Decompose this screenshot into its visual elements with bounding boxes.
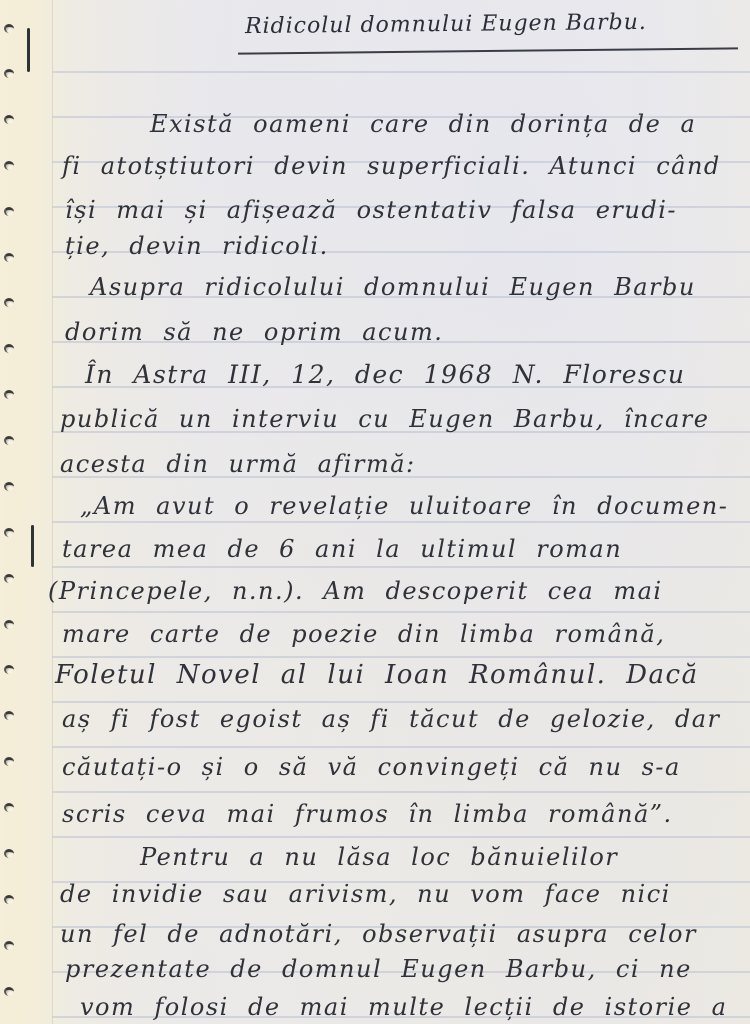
text-line: acesta din urmă afirmă: bbox=[60, 450, 416, 478]
punch-hole-icon bbox=[4, 390, 14, 399]
text-line: publică un interviu cu Eugen Barbu, înca… bbox=[60, 405, 709, 433]
punch-hole-icon bbox=[4, 69, 14, 78]
text-line: de invidie sau arivism, nu vom face nici bbox=[60, 880, 671, 908]
punch-hole-icon bbox=[4, 895, 14, 904]
text-line: dorim să ne oprim acum. bbox=[65, 318, 443, 346]
punch-hole-icon bbox=[4, 803, 14, 812]
text-line: Există oameni care din dorința de a bbox=[150, 110, 696, 138]
punch-hole-icon bbox=[4, 665, 14, 674]
margin-pencil-mark bbox=[27, 28, 30, 72]
punch-holes bbox=[0, 0, 24, 1024]
punch-hole-icon bbox=[4, 207, 14, 216]
text-line: căutați-o și o să vă convingeți că nu s-… bbox=[62, 753, 681, 781]
text-line: scris ceva mai frumos în limba română”. bbox=[62, 800, 673, 828]
punch-hole-icon bbox=[4, 298, 14, 307]
text-line: mare carte de poezie din limba română, bbox=[62, 620, 665, 648]
text-line: „Am avut o revelație uluitoare în docume… bbox=[80, 492, 728, 520]
text-line: fi atotștiutori devin superficiali. Atun… bbox=[62, 152, 721, 180]
margin-pencil-mark bbox=[31, 525, 34, 567]
text-line: Asupra ridicolului domnului Eugen Barbu bbox=[90, 273, 696, 301]
punch-hole-icon bbox=[4, 253, 14, 262]
punch-hole-icon bbox=[4, 711, 14, 720]
text-line: ție, devin ridicoli. bbox=[65, 232, 329, 260]
text-line: aș fi fost egoist aș fi tăcut de gelozie… bbox=[62, 705, 721, 733]
punch-hole-icon bbox=[4, 344, 14, 353]
punch-hole-icon bbox=[4, 574, 14, 583]
punch-hole-icon bbox=[4, 987, 14, 996]
punch-hole-icon bbox=[4, 620, 14, 629]
punch-hole-icon bbox=[4, 482, 14, 491]
margin-line bbox=[52, 0, 53, 1024]
text-line: își mai și afișează ostentativ falsa eru… bbox=[65, 196, 677, 224]
text-line: În Astra III, 12, dec 1968 N. Florescu bbox=[85, 360, 685, 389]
punch-hole-icon bbox=[4, 528, 14, 537]
text-line: Foletul Novel al lui Ioan Românul. Dacă bbox=[55, 660, 699, 690]
punch-hole-icon bbox=[4, 941, 14, 950]
punch-hole-icon bbox=[4, 757, 14, 766]
punch-hole-icon bbox=[4, 849, 14, 858]
text-line: un fel de adnotări, observații asupra ce… bbox=[60, 920, 697, 948]
text-line: (Princepele, n.n.). Am descoperit cea ma… bbox=[48, 577, 663, 605]
document-title: Ridicolul domnului Eugen Barbu. bbox=[245, 10, 647, 39]
punch-hole-icon bbox=[4, 161, 14, 170]
text-line: Pentru a nu lăsa loc bănuielilor bbox=[140, 843, 618, 871]
punch-hole-icon bbox=[4, 24, 14, 33]
punch-hole-icon bbox=[4, 436, 14, 445]
manuscript-page: Ridicolul domnului Eugen Barbu. Există o… bbox=[0, 0, 750, 1024]
text-line: vom folosi de mai multe lecții de istori… bbox=[80, 993, 727, 1021]
text-line: prezentate de domnul Eugen Barbu, ci ne bbox=[65, 955, 692, 983]
punch-hole-icon bbox=[4, 115, 14, 124]
text-line: tarea mea de 6 ani la ultimul roman bbox=[62, 535, 622, 563]
title-underline bbox=[238, 47, 738, 54]
